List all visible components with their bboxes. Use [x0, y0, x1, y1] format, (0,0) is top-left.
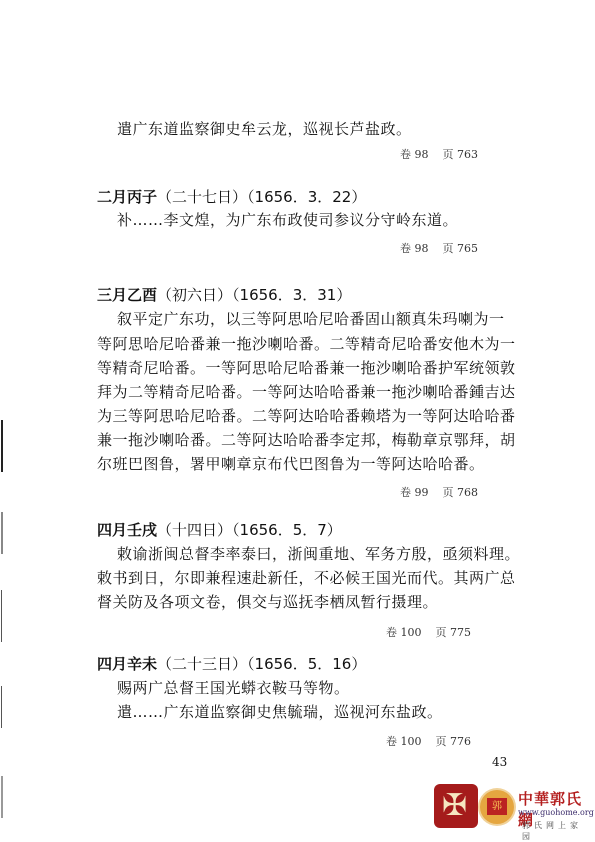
emblem-icon — [434, 784, 478, 828]
heading-day: （二十七日） — [157, 188, 247, 206]
entry-line: 等精奇尼哈番。一等阿思哈尼哈番兼一拖沙喇哈番护军统领敦 — [97, 357, 516, 378]
heading-day: （二十三日） — [157, 655, 247, 673]
citation-volume: 卷 99 — [400, 486, 429, 499]
heading-western-date: （1656．5．16） — [247, 655, 366, 673]
citation-volume: 卷 100 — [386, 735, 422, 748]
heading-day: （十四日） — [157, 521, 232, 539]
citation-volume: 卷 98 — [400, 242, 429, 255]
scan-edge-mark — [1, 590, 2, 642]
watermark-slogan: 郭氏网上家园 — [522, 820, 592, 842]
watermark-logo: 郭 中華郭氏網 www.guohome.org 郭氏网上家园 — [432, 778, 592, 836]
citation: 卷 98页 763 — [400, 146, 478, 162]
citation: 卷 100页 775 — [386, 624, 471, 640]
entry-heading: 四月壬戌（十四日）（1656．5．7） — [97, 519, 342, 540]
entry-line: 为三等阿思哈尼哈番。二等阿达哈哈番赖塔为一等阿达哈哈番 — [97, 405, 516, 426]
heading-western-date: （1656．3．22） — [247, 188, 366, 206]
entry-line: 督关防及各项文卷，俱交与巡抚李栖凤暂行摄理。 — [97, 591, 438, 612]
scan-edge-mark — [1, 420, 3, 472]
citation-page: 页 768 — [443, 486, 479, 499]
citation: 卷 99页 768 — [400, 484, 478, 500]
citation-page: 页 775 — [436, 626, 472, 639]
heading-day: （初六日） — [157, 286, 232, 304]
entry-line: 兼一拖沙喇哈番。二等阿达哈哈番李定邦，梅勒章京鄂拜，胡 — [97, 429, 516, 450]
entry-line: 遣……广东道监察御史焦毓瑞，巡视河东盐政。 — [117, 701, 443, 722]
entry-line: 拜为二等精奇尼哈番。一等阿达哈哈番兼一拖沙喇哈番鍾吉达 — [97, 381, 516, 402]
citation-volume: 卷 98 — [400, 148, 429, 161]
citation-volume: 卷 100 — [386, 626, 422, 639]
entry-heading: 四月辛未（二十三日）（1656．5．16） — [97, 653, 366, 674]
entry-line: 敕书到日，尔即兼程速赴新任，不必候王国光而代。其两广总 — [97, 567, 516, 588]
entry-heading: 三月乙酉（初六日）（1656．3．31） — [97, 284, 351, 305]
heading-date: 二月丙子 — [97, 188, 157, 206]
entry-line: 尔班巴图鲁，署甲喇章京布代巴图鲁为一等阿达哈哈番。 — [97, 453, 485, 474]
heading-western-date: （1656．5．7） — [232, 521, 342, 539]
seal-icon: 郭 — [480, 790, 514, 824]
heading-date: 四月壬戌 — [97, 521, 157, 539]
entry-heading: 二月丙子（二十七日）（1656．3．22） — [97, 186, 366, 207]
entry-paragraph: 遣广东道监察御史牟云龙，巡视长芦盐政。 — [117, 118, 412, 139]
entry-line: 叙平定广东功，以三等阿思哈尼哈番固山额真朱玛喇为一 — [117, 308, 505, 329]
entry-line: 敕谕浙闽总督李率泰曰，浙闽重地、军务方殷，亟须料理。 — [117, 543, 520, 564]
heading-date: 三月乙酉 — [97, 286, 157, 304]
watermark-url: www.guohome.org — [518, 808, 594, 817]
citation-page: 页 776 — [436, 735, 472, 748]
scan-edge-mark — [1, 686, 2, 728]
citation-page: 页 763 — [443, 148, 479, 161]
entry-line: 赐两广总督王国光蟒衣鞍马等物。 — [117, 677, 350, 698]
heading-western-date: （1656．3．31） — [232, 286, 351, 304]
citation: 卷 98页 765 — [400, 240, 478, 256]
scan-edge-mark — [1, 512, 3, 554]
citation-page: 页 765 — [443, 242, 479, 255]
page-number: 43 — [492, 755, 507, 769]
heading-date: 四月辛未 — [97, 655, 157, 673]
entry-line: 等阿思哈尼哈番兼一拖沙喇哈番。二等精奇尼哈番安他木为一 — [97, 333, 516, 354]
scan-edge-mark — [1, 776, 3, 818]
entry-paragraph: 补……李文煌，为广东布政使司参议分守岭东道。 — [117, 209, 458, 230]
citation: 卷 100页 776 — [386, 733, 471, 749]
